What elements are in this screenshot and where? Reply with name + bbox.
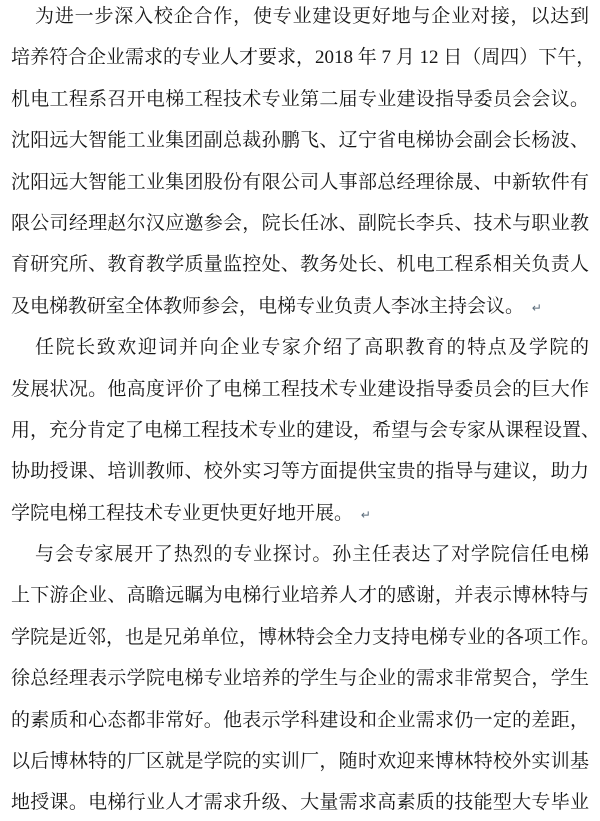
- paragraph-mark-icon: ↵: [532, 301, 542, 315]
- text-line-content: 沈阳远大智能工业集团股份有限公司人事部总经理徐晟、中新软件有: [11, 172, 589, 193]
- document-page: 为进一步深入校企合作，使专业建设更好地与企业对接，以达到 培养符合企业需求的专业…: [0, 0, 600, 821]
- text-line-content: 及电梯教研室全体教师参会，电梯专业负责人李冰主持会议。: [11, 296, 524, 317]
- text-line-content: 育研究所、教育教学质量监控处、教务处长、机电工程系相关负责人: [11, 254, 589, 275]
- text-line-content: 地授课。电梯行业人才需求升级、大量需求高素质的技能型大专毕业: [11, 792, 589, 813]
- text-line-content: 限公司经理赵尔汉应邀参会，院长任冰、副院长李兵、技术与职业教: [11, 213, 589, 234]
- text-line-content: 学院是近邻，也是兄弟单位，博林特会全力支持电梯专业的各项工作。: [11, 627, 589, 648]
- text-line: 沈阳远大智能工业集团副总裁孙鹏飞、辽宁省电梯协会副会长杨波、: [11, 120, 589, 161]
- text-line-content: 机电工程系召开电梯工程技术专业第二届专业建设指导委员会会议。: [11, 89, 589, 110]
- text-line-content: 协助授课、培训教师、校外实习等方面提供宝贵的指导与建议，助力: [11, 461, 589, 482]
- text-line-content: 为进一步深入校企合作，使专业建设更好地与企业对接，以达到: [35, 6, 589, 27]
- text-line: 培养符合企业需求的专业人才要求，2018 年 7 月 12 日（周四）下午，: [11, 37, 589, 78]
- text-line-content: 上下游企业、高瞻远瞩为电梯行业培养人才的感谢，并表示博林特与: [11, 585, 589, 606]
- text-line: 育研究所、教育教学质量监控处、教务处长、机电工程系相关负责人: [11, 244, 589, 285]
- text-line-content: 发展状况。他高度评价了电梯工程技术专业建设指导委员会的巨大作: [11, 379, 589, 400]
- text-line-content: 的素质和心态都非常好。他表示学科建设和企业需求仍一定的差距，: [11, 710, 589, 731]
- text-line: 地授课。电梯行业人才需求升级、大量需求高素质的技能型大专毕业: [11, 782, 589, 821]
- text-line: 与会专家展开了热烈的专业探讨。孙主任表达了对学院信任电梯: [11, 534, 589, 575]
- text-line: 的素质和心态都非常好。他表示学科建设和企业需求仍一定的差距，: [11, 700, 589, 741]
- text-line: 为进一步深入校企合作，使专业建设更好地与企业对接，以达到: [11, 0, 589, 37]
- text-line: 学院是近邻，也是兄弟单位，博林特会全力支持电梯专业的各项工作。: [11, 617, 589, 658]
- text-line: 机电工程系召开电梯工程技术专业第二届专业建设指导委员会会议。: [11, 79, 589, 120]
- text-line: 及电梯教研室全体教师参会，电梯专业负责人李冰主持会议。 ↵: [11, 286, 589, 327]
- text-line-content: 学院电梯工程技术专业更快更好地开展。: [11, 503, 353, 524]
- text-line: 任院长致欢迎词并向企业专家介绍了高职教育的特点及学院的: [11, 327, 589, 368]
- text-line-content: 用，充分肯定了电梯工程技术专业的建设，希望与会专家从课程设置、: [11, 420, 589, 441]
- text-line: 沈阳远大智能工业集团股份有限公司人事部总经理徐晟、中新软件有: [11, 162, 589, 203]
- text-line: 协助授课、培训教师、校外实习等方面提供宝贵的指导与建议，助力: [11, 451, 589, 492]
- paragraph-mark-icon: ↵: [361, 508, 371, 522]
- text-line-content: 培养符合企业需求的专业人才要求，2018 年 7 月 12 日（周四）下午，: [11, 47, 589, 68]
- text-line-content: 徐总经理表示学院电梯专业培养的学生与企业的需求非常契合，学生: [11, 668, 589, 689]
- text-line: 学院电梯工程技术专业更快更好地开展。 ↵: [11, 493, 589, 534]
- text-line: 用，充分肯定了电梯工程技术专业的建设，希望与会专家从课程设置、: [11, 410, 589, 451]
- text-line: 徐总经理表示学院电梯专业培养的学生与企业的需求非常契合，学生: [11, 658, 589, 699]
- text-line-content: 任院长致欢迎词并向企业专家介绍了高职教育的特点及学院的: [35, 337, 589, 358]
- text-line: 上下游企业、高瞻远瞩为电梯行业培养人才的感谢，并表示博林特与: [11, 575, 589, 616]
- text-line: 限公司经理赵尔汉应邀参会，院长任冰、副院长李兵、技术与职业教: [11, 203, 589, 244]
- text-line: 以后博林特的厂区就是学院的实训厂，随时欢迎来博林特校外实训基: [11, 741, 589, 782]
- text-line-content: 以后博林特的厂区就是学院的实训厂，随时欢迎来博林特校外实训基: [11, 751, 589, 772]
- text-line-content: 与会专家展开了热烈的专业探讨。孙主任表达了对学院信任电梯: [35, 544, 589, 565]
- text-line-content: 沈阳远大智能工业集团副总裁孙鹏飞、辽宁省电梯协会副会长杨波、: [11, 130, 589, 151]
- text-line: 发展状况。他高度评价了电梯工程技术专业建设指导委员会的巨大作: [11, 369, 589, 410]
